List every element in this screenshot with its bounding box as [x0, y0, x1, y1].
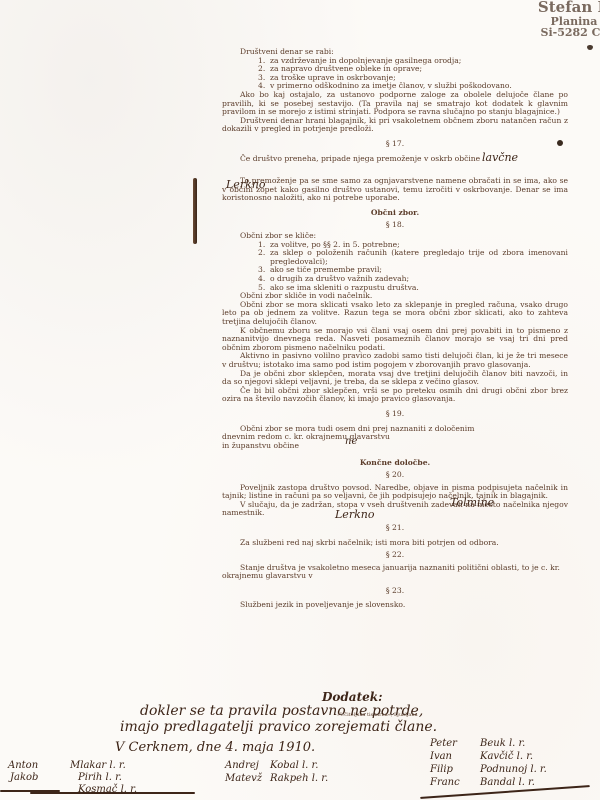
- assembly-list: 1.za volitve, po §§ 2. in 5. potrebne; 2…: [222, 241, 568, 293]
- assembly-invite: K občnemu zboru se morajo vsi člani vsaj…: [222, 327, 568, 353]
- addendum-title: Dodatek:: [322, 690, 383, 704]
- hand-insert-s17: lavčne: [482, 151, 518, 164]
- signature-first: Filip: [430, 764, 453, 775]
- signature-last: Beuk l. r.: [480, 738, 525, 749]
- signature-first: Andrej: [225, 760, 259, 771]
- money-use-list: 1.za vzdrževanje in dopolnjevanje gasiln…: [222, 57, 568, 91]
- assembly-quorum: Da je občni zbor sklepčen, morata vsaj d…: [222, 370, 568, 387]
- list-item: 5.ako se ima skleniti o razpustu društva…: [258, 284, 568, 293]
- section-19-line3: in županstvu občine: [222, 442, 568, 451]
- signature-last: Pirih l. r.: [78, 772, 122, 783]
- signature-last: Rakpeh l. r.: [270, 773, 328, 784]
- hand-town-s19: Lerkno: [335, 508, 374, 521]
- signature-last: Kavčič l. r.: [480, 751, 533, 762]
- signature-first: Ivan: [430, 751, 452, 762]
- signature-first: Franc: [430, 777, 460, 788]
- stamp-name: Štefan R: [538, 0, 600, 16]
- section-17-title: § 17.: [222, 140, 568, 149]
- list-item: 2.za sklep o položenih računih (katere p…: [258, 249, 568, 266]
- section-19-title: § 19.: [222, 410, 568, 419]
- addendum-line2: imajo predlagatelji pravico zorejemati č…: [120, 719, 437, 735]
- section-23-title: § 23.: [222, 587, 568, 596]
- signature-last: Bandal l. r.: [480, 777, 535, 788]
- margin-pen-mark: [193, 178, 197, 244]
- section-18-title: § 18.: [222, 221, 568, 230]
- assembly-yearly: Občni zbor se mora sklicati vsako leto z…: [222, 301, 568, 327]
- ink-blot-icon: [587, 45, 593, 50]
- signature-last: Kobal l. r.: [270, 760, 318, 771]
- section-22-title: § 22.: [222, 551, 568, 560]
- treasurer-paragraph: Društveni denar hrani blagajnik, ki pri …: [222, 117, 568, 134]
- section-17-p2: To premoženje pa se sme samo za ognjavar…: [222, 177, 568, 203]
- hand-insert-quorum: ne: [345, 436, 357, 447]
- general-assembly-heading: Občni zbor.: [222, 209, 568, 218]
- reserve-paragraph: Ako bo kaj ostajalo, za ustanovo podporn…: [222, 91, 568, 117]
- section-21-title: § 21.: [222, 524, 568, 533]
- stamp-postcode: Si-5282 Ce: [538, 27, 600, 39]
- signature-first: Matevž: [225, 773, 262, 784]
- signature-first: Anton: [8, 760, 38, 771]
- section-23-p: Službeni jezik in poveljevanje je sloven…: [222, 601, 568, 610]
- signature-last: Mlakar l. r.: [70, 760, 126, 771]
- printed-text-block: Društveni denar se rabi: 1.za vzdrževanj…: [222, 48, 568, 610]
- place-date: V Cerknem, dne 4. maja 1910.: [115, 740, 315, 755]
- section-20-p1: Poveljnik zastopa društvo povsod. Naredb…: [222, 484, 568, 501]
- signature-first: Jakob: [10, 772, 38, 783]
- hand-town-s17: Lerkno: [226, 178, 265, 191]
- assembly-vote: Aktivno in pasivno volilno pravico zadob…: [222, 352, 568, 369]
- owner-stamp: Štefan R Planina Si-5282 Ce: [538, 0, 600, 39]
- hand-district-s19: Tolmine: [450, 496, 494, 509]
- signature-last: Podnunoj l. r.: [480, 764, 547, 775]
- pen-underline: [30, 792, 195, 794]
- section-22-p: Stanje društva je vsakoletno meseca janu…: [222, 564, 568, 581]
- section-21-p: Za službeni red naj skrbi načelnik; isti…: [222, 539, 568, 548]
- section-20-title: § 20.: [222, 471, 568, 480]
- final-provisions-heading: Končne določbe.: [222, 459, 568, 468]
- assembly-second: Če bi bil občni zbor sklepčen, vrši se p…: [222, 387, 568, 404]
- signature-first: Peter: [430, 738, 457, 749]
- section-20-p2: V slučaju, da je zadržan, stopa v vseh d…: [222, 501, 568, 518]
- document-page: Štefan R Planina Si-5282 Ce Društveni de…: [0, 0, 600, 800]
- addendum-line1: dokler se ta pravila postavno ne potrde,: [140, 703, 423, 719]
- list-item: 4.v primerno odškodnino za imetje članov…: [258, 82, 568, 91]
